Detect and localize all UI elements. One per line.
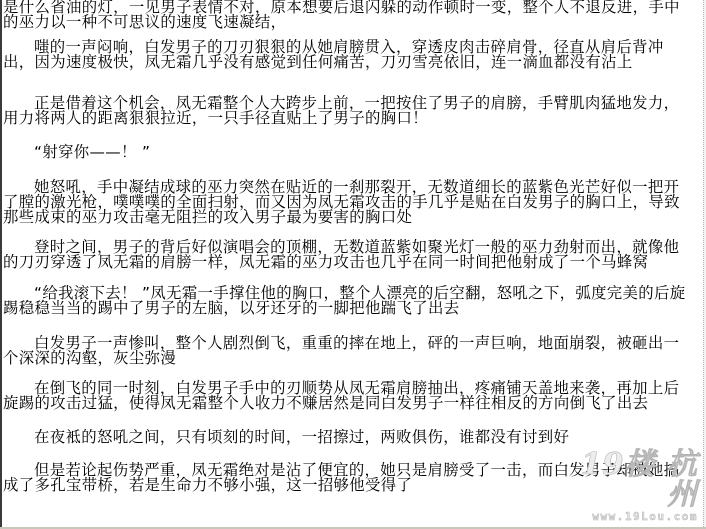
- paragraph-8: 白发男子一声惨叫，整个人剧烈倒飞，重重的摔在地上，砰的一声巨响，地面崩裂，被砸出…: [3, 336, 693, 366]
- paragraph-6: 登时之间，男子的背后好似演唱会的顶棚，无数道蓝紫如聚光灯一般的巫力劲射而出，就像…: [3, 240, 693, 270]
- paragraph-text: 正是借着这个机会，凤无霜整个人大跨步上前，一把按住了男子的肩膀，手臂肌肉猛地发力…: [3, 94, 679, 127]
- paragraph-text: 她怒吼，手中凝结成球的巫力突然在贴近的一刹那裂开，无数道细长的蓝紫色光芒好似一把…: [3, 178, 680, 226]
- paragraph-text: “给我滚下去！ ”凤无霜一手撑住他的胸口，整个人漂亮的后空翻，怒吼之下，弧度完美…: [3, 284, 686, 317]
- left-window-border: [0, 0, 2, 529]
- paragraph-text: 是什么省油的灯，一见男子表情不对，原本想要后退闪躲的动作顿时一变，整个人不退反进…: [3, 0, 680, 31]
- paragraph-7: “给我滚下去！ ”凤无霜一手撑住他的胸口，整个人漂亮的后空翻，怒吼之下，弧度完美…: [3, 286, 693, 316]
- paragraph-text: “射穿你——！ ”: [34, 143, 150, 161]
- paragraph-3: 正是借着这个机会，凤无霜整个人大跨步上前，一把按住了男子的肩膀，手臂肌肉猛地发力…: [3, 96, 693, 126]
- paragraph-1: 是什么省油的灯，一见男子表情不对，原本想要后退闪躲的动作顿时一变，整个人不退反进…: [3, 0, 693, 30]
- paragraph-text: 在夜袛的怒吼之间，只有顷刻的时间，一招擦过，两败俱伤，谁都没有讨到好: [34, 428, 569, 446]
- paragraph-text: 嗤的一声闷响，白发男子的刀刃狠狠的从她肩膀贯入，穿透皮肉击碎肩骨，径直从肩后背冲…: [3, 38, 664, 71]
- site-watermark: 19楼 杭州 www.19Lou.com: [570, 450, 698, 523]
- paragraph-text: 登时之间，男子的背后好似演唱会的顶棚，无数道蓝紫如聚光灯一般的巫力劲射而出，就像…: [3, 238, 679, 271]
- paragraph-2: 嗤的一声闷响，白发男子的刀刃狠狠的从她肩膀贯入，穿透皮肉击碎肩骨，径直从肩后背冲…: [3, 40, 693, 70]
- paragraph-4-dialogue: “射穿你——！ ”: [3, 145, 150, 160]
- paragraph-9: 在倒飞的同一时刻，白发男子手中的刃顺势从凤无霜肩膀抽出，疼痛铺天盖地来袭，再加上…: [3, 381, 693, 411]
- paragraph-text: 在倒飞的同一时刻，白发男子手中的刃顺势从凤无霜肩膀抽出，疼痛铺天盖地来袭，再加上…: [3, 379, 679, 412]
- paragraph-10: 在夜袛的怒吼之间，只有顷刻的时间，一招擦过，两败俱伤，谁都没有讨到好: [3, 430, 569, 445]
- watermark-url: www.19Lou.com: [570, 510, 698, 523]
- watermark-logo-text: 19楼 杭州: [570, 450, 698, 510]
- paragraph-text: 白发男子一声惨叫，整个人剧烈倒飞，重重的摔在地上，砰的一声巨响，地面崩裂，被砸出…: [3, 334, 679, 367]
- paragraph-5: 她怒吼，手中凝结成球的巫力突然在贴近的一刹那裂开，无数道细长的蓝紫色光芒好似一把…: [3, 180, 693, 225]
